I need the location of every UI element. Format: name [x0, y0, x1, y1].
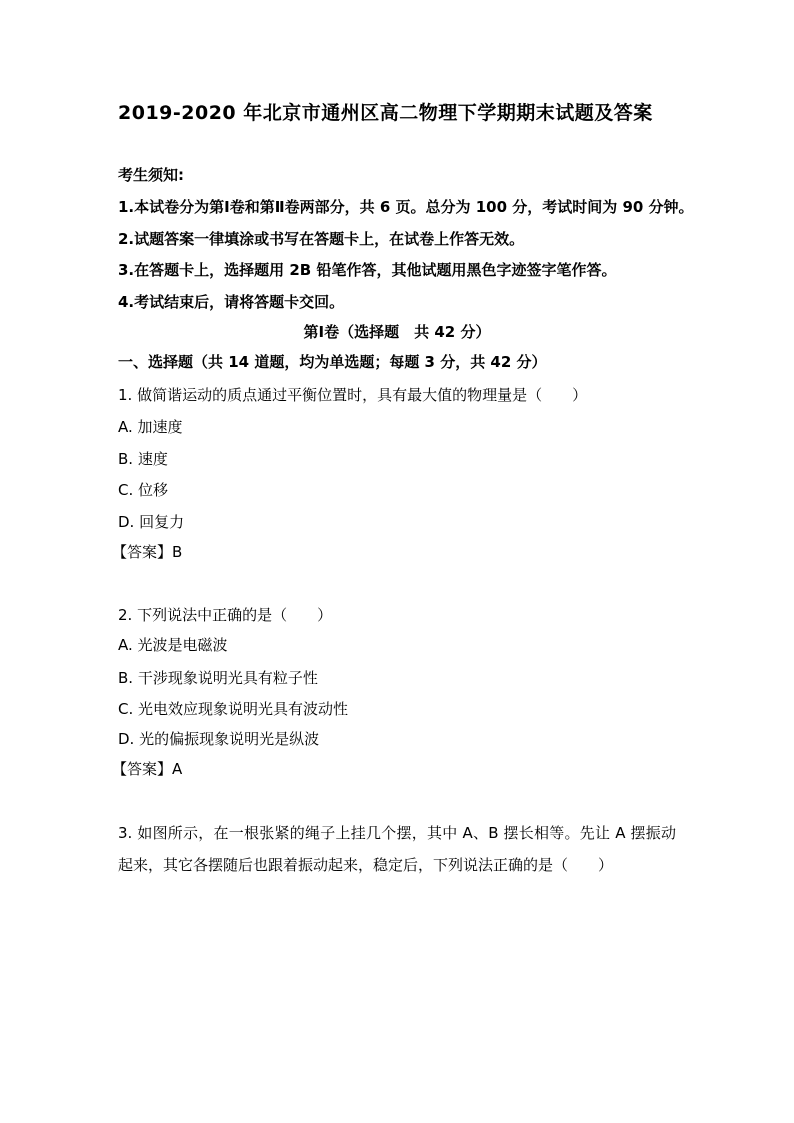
- question-1-option-a: A. 加速度: [118, 416, 676, 438]
- part-heading: 一、选择题（共 14 道题，均为单选题；每题 3 分，共 42 分）: [118, 351, 676, 373]
- answer-label: 【答案】: [112, 543, 172, 561]
- question-2-option-d: D. 光的偏振现象说明光是纵波: [118, 728, 676, 750]
- question-2-option-b: B. 干涉现象说明光具有粒子性: [118, 667, 676, 689]
- answer-label: 【答案】: [112, 760, 172, 778]
- question-1-answer: 【答案】B: [112, 541, 676, 563]
- answer-value: A: [172, 760, 182, 778]
- question-3-stem: 3. 如图所示，在一根张紧的绳子上挂几个摆，其中 A、B 摆长相等。先让 A 摆…: [118, 817, 676, 881]
- section-heading: 第Ⅰ卷（选择题 共 42 分）: [0, 321, 794, 343]
- notice-item-1: 1.本试卷分为第Ⅰ卷和第Ⅱ卷两部分，共 6 页。总分为 100 分，考试时间为 …: [118, 196, 676, 218]
- question-1-stem: 1. 做简谐运动的质点通过平衡位置时，具有最大值的物理量是（ ）: [118, 384, 676, 406]
- notice-item-4: 4.考试结束后，请将答题卡交回。: [118, 291, 676, 313]
- document-page: 2019-2020 年北京市通州区高二物理下学期期末试题及答案 考生须知: 1.…: [0, 0, 794, 1123]
- notice-item-2: 2.试题答案一律填涂或书写在答题卡上，在试卷上作答无效。: [118, 228, 676, 250]
- question-2-option-a: A. 光波是电磁波: [118, 634, 676, 656]
- question-1-option-b: B. 速度: [118, 448, 676, 470]
- notice-heading: 考生须知:: [118, 164, 676, 186]
- question-1-option-c: C. 位移: [118, 479, 676, 501]
- answer-value: B: [172, 543, 182, 561]
- question-2-stem: 2. 下列说法中正确的是（ ）: [118, 604, 676, 626]
- notice-item-3: 3.在答题卡上，选择题用 2B 铅笔作答，其他试题用黑色字迹签字笔作答。: [118, 259, 676, 281]
- exam-title: 2019-2020 年北京市通州区高二物理下学期期末试题及答案: [118, 100, 734, 126]
- question-1-option-d: D. 回复力: [118, 511, 676, 533]
- question-2-answer: 【答案】A: [112, 758, 676, 780]
- question-2-option-c: C. 光电效应现象说明光具有波动性: [118, 698, 676, 720]
